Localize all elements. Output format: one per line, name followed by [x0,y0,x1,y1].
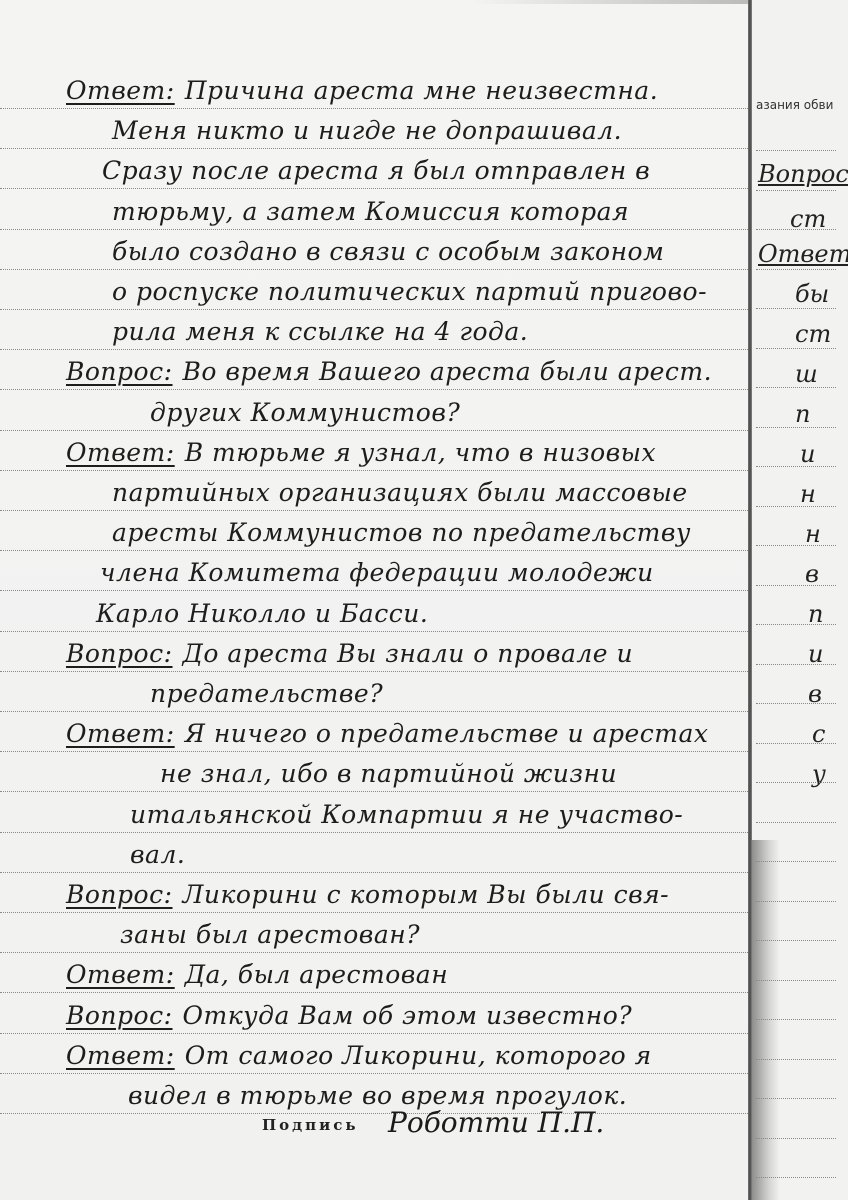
line-text: рила меня к ссылке на 4 года. [112,317,528,346]
adjacent-ruled-line [756,1177,836,1178]
question-label: Вопрос: [66,639,173,668]
ruled-line [0,912,748,913]
adjacent-page-fragment: и [800,440,815,468]
text-line: вал. [130,840,185,869]
line-text: Да, был арестован [185,960,449,989]
ruled-line [0,711,748,712]
line-text: Ликорини с которым Вы были свя- [183,880,670,909]
text-line: Карло Николло и Басси. [96,599,428,628]
ruled-line [0,590,748,591]
ruled-line [0,550,748,551]
adjacent-page-fragment: у [812,760,826,788]
ruled-line [0,148,748,149]
line-text: Во время Вашего ареста были арест. [183,357,713,386]
text-line: аресты Коммунистов по предательству [112,518,691,547]
adjacent-ruled-line [756,229,836,230]
ruled-line [0,269,748,270]
line-text: Я ничего о предательстве и арестах [185,719,709,748]
page-edge-shadow [470,0,750,4]
signature-label: Подпись [262,1116,359,1134]
adjacent-ruled-line [756,150,836,151]
ruled-line [0,309,748,310]
qa-line-start: Ответ:Я ничего о предательстве и арестах [66,719,709,748]
qa-line-start: Ответ:Причина ареста мне неизвестна. [66,76,658,105]
adjacent-page-fragment: Вопрос [758,160,848,188]
line-text: предательстве? [150,679,383,708]
adjacent-ruled-line [756,190,836,191]
adjacent-page-fragment: бы [795,280,829,308]
line-text: От самого Ликорини, которого я [185,1041,652,1070]
text-line: других Коммунистов? [150,398,460,427]
ruled-line [0,791,748,792]
text-line: было создано в связи с особым законом [112,237,664,266]
adjacent-page-fragment: н [805,520,821,548]
text-line: рила меня к ссылке на 4 года. [112,317,528,346]
adjacent-ruled-line [756,940,836,941]
ruled-line [0,751,748,752]
adjacent-ruled-line [756,545,836,546]
adjacent-ruled-line [756,664,836,665]
question-label: Вопрос: [66,1001,173,1030]
ruled-line [0,349,748,350]
adjacent-ruled-line [756,901,836,902]
adjacent-ruled-line [756,506,836,507]
line-text: о роспуске политических партий пригово- [112,277,707,306]
ruled-line [0,389,748,390]
adjacent-ruled-line [756,308,836,309]
qa-line-start: Вопрос:Во время Вашего ареста были арест… [66,357,712,386]
signature: Роботти П.П. [388,1106,604,1139]
ruled-line [0,229,748,230]
adjacent-page-fragment: Ответ [758,240,848,268]
adjacent-ruled-line [756,427,836,428]
text-line: члена Комитета федерации молодежи [100,558,654,587]
line-text: тюрьму, а затем Комиссия которая [112,197,629,226]
text-line: партийных организациях были массовые [112,478,688,507]
ruled-line [0,1033,748,1034]
qa-line-start: Ответ:В тюрьме я узнал, что в низовых [66,438,656,467]
line-text: члена Комитета федерации молодежи [100,558,654,587]
adjacent-ruled-line [756,980,836,981]
line-text: вал. [130,840,185,869]
adjacent-page-fragment: н [800,480,816,508]
ruled-line [0,430,748,431]
line-text: других Коммунистов? [150,398,460,427]
adjacent-ruled-line [756,703,836,704]
text-line: о роспуске политических партий пригово- [112,277,707,306]
line-text: Сразу после ареста я был отправлен в [102,156,650,185]
protocol-page: Ответ:Причина ареста мне неизвестна.Меня… [0,0,752,1200]
text-line: Меня никто и нигде не допрашивал. [112,116,622,145]
ruled-line [0,832,748,833]
adjacent-ruled-line [756,861,836,862]
ruled-line [0,671,748,672]
qa-line-start: Вопрос:Ликорини с которым Вы были свя- [66,880,669,909]
adjacent-page-fragment: ш [795,360,818,388]
ruled-line [0,108,748,109]
adjacent-page-printed-text: азания обви [756,98,833,112]
ruled-line [0,872,748,873]
adjacent-ruled-line [756,743,836,744]
adjacent-ruled-line [756,822,836,823]
binding-shadow [752,840,780,1200]
qa-line-start: Ответ:Да, был арестован [66,960,448,989]
ruled-line [0,631,748,632]
adjacent-ruled-line [756,348,836,349]
text-line: Сразу после ареста я был отправлен в [102,156,650,185]
line-text: В тюрьме я узнал, что в низовых [185,438,656,467]
qa-line-start: Вопрос:До ареста Вы знали о провале и [66,639,633,668]
ruled-line [0,992,748,993]
adjacent-ruled-line [756,1098,836,1099]
line-text: До ареста Вы знали о провале и [183,639,634,668]
adjacent-ruled-line [756,585,836,586]
line-text: Причина ареста мне неизвестна. [185,76,658,105]
adjacent-ruled-line [756,624,836,625]
text-line: заны был арестован? [120,920,420,949]
line-text: было создано в связи с особым законом [112,237,664,266]
ruled-line [0,1113,748,1114]
line-text: не знал, ибо в партийной жизни [160,759,617,788]
ruled-line [0,952,748,953]
text-line: предательстве? [150,679,383,708]
line-text: Откуда Вам об этом известно? [183,1001,633,1030]
answer-label: Ответ: [66,960,175,989]
answer-label: Ответ: [66,438,175,467]
ruled-line [0,1073,748,1074]
adjacent-ruled-line [756,1059,836,1060]
line-text: Меня никто и нигде не допрашивал. [112,116,622,145]
line-text: итальянской Компартии я не участво- [130,800,683,829]
ruled-line [0,510,748,511]
qa-line-start: Ответ:От самого Ликорини, которого я [66,1041,652,1070]
text-line: итальянской Компартии я не участво- [130,800,683,829]
adjacent-ruled-line [756,1138,836,1139]
line-text: аресты Коммунистов по предательству [112,518,691,547]
adjacent-ruled-line [756,269,836,270]
line-text: Карло Николло и Басси. [96,599,428,628]
adjacent-ruled-line [756,387,836,388]
qa-line-start: Вопрос:Откуда Вам об этом известно? [66,1001,632,1030]
adjacent-ruled-line [756,466,836,467]
line-text: партийных организациях были массовые [112,478,688,507]
answer-label: Ответ: [66,719,175,748]
adjacent-page-fragment: с [812,720,825,748]
text-line: не знал, ибо в партийной жизни [160,759,617,788]
question-label: Вопрос: [66,357,173,386]
adjacent-page-fragment: п [795,400,810,428]
adjacent-page-fragment: ст [795,320,831,348]
question-label: Вопрос: [66,880,173,909]
ruled-line [0,188,748,189]
answer-label: Ответ: [66,76,175,105]
adjacent-ruled-line [756,782,836,783]
text-line: тюрьму, а затем Комиссия которая [112,197,629,226]
line-text: заны был арестован? [120,920,420,949]
answer-label: Ответ: [66,1041,175,1070]
adjacent-ruled-line [756,1019,836,1020]
ruled-line [0,470,748,471]
